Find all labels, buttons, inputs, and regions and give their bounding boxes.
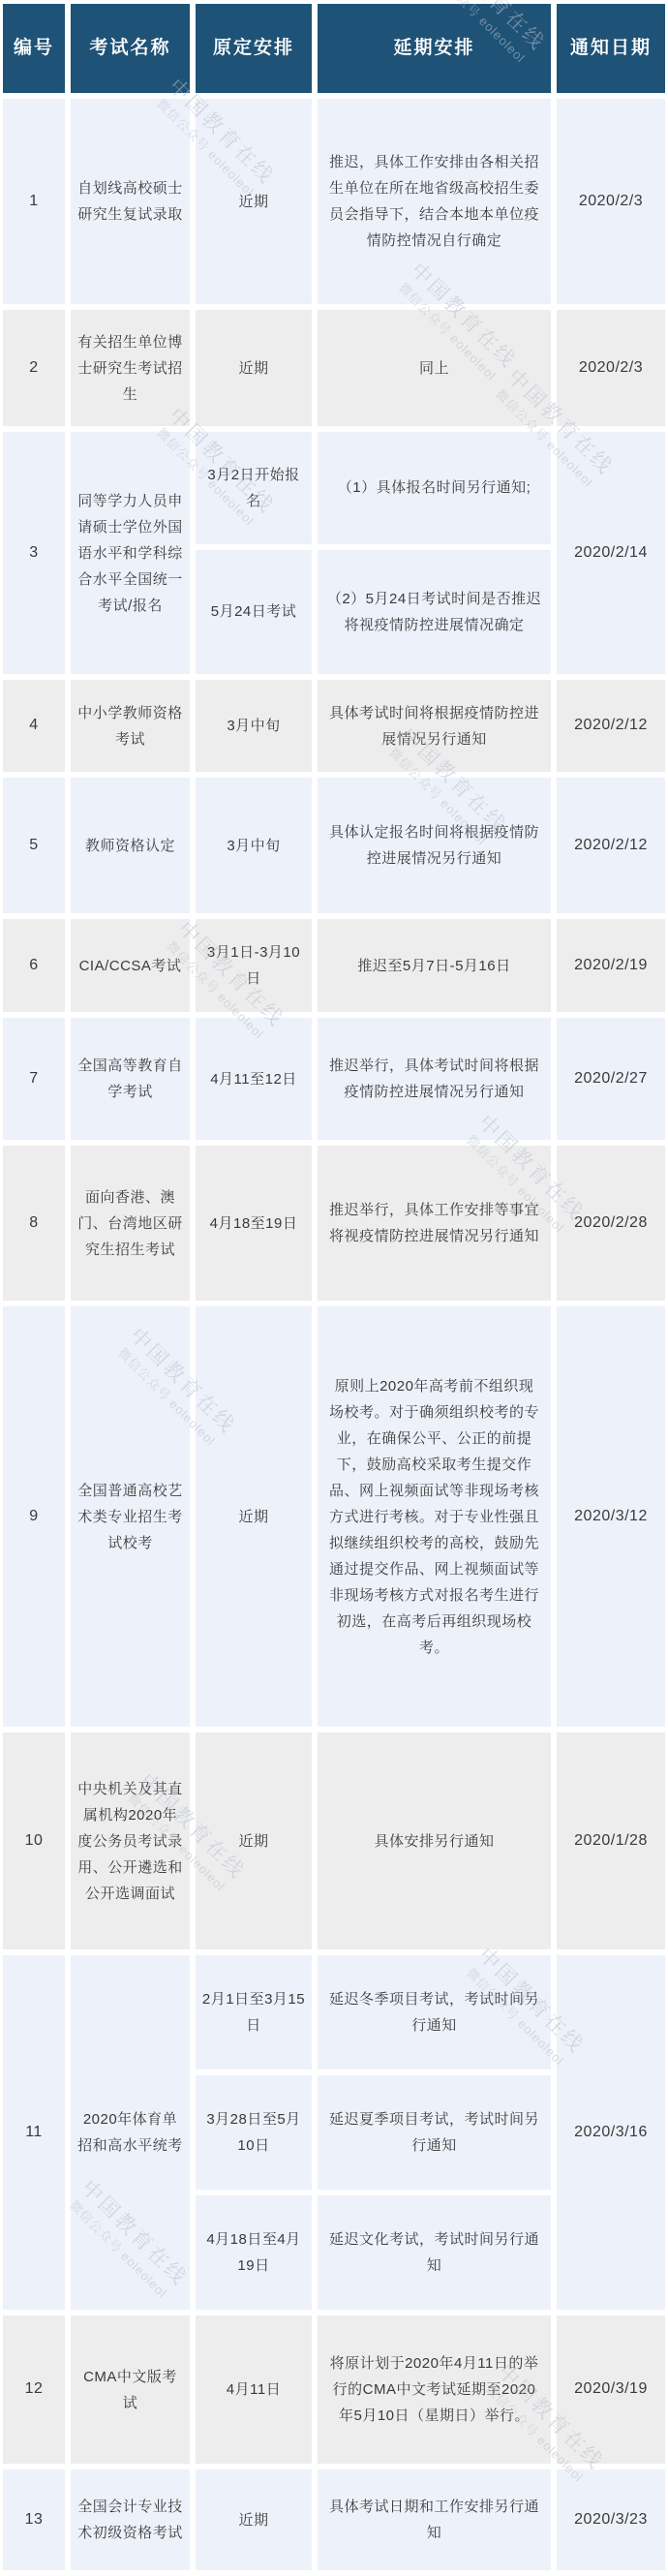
table-row: 8 面向香港、澳门、台湾地区研究生招生考试 4月18至19日 推迟举行，具体工作… — [3, 1146, 665, 1301]
delay-arrangement: 延迟文化考试，考试时间另行通知 — [318, 2195, 551, 2310]
original-schedule: 3月中旬 — [196, 680, 312, 772]
delay-arrangement: 推迟举行，具体工作安排等事宜将视疫情防控进展情况另行通知 — [318, 1146, 551, 1301]
original-schedule: 近期 — [196, 1733, 312, 1949]
original-schedule: 近期 — [196, 310, 312, 426]
exam-name: 全国高等教育自学考试 — [71, 1018, 190, 1140]
table-row: 10 中央机关及其直属机构2020年度公务员考试录用、公开遴选和公开选调面试 近… — [3, 1733, 665, 1949]
notice-date: 2020/3/23 — [557, 2469, 665, 2570]
original-schedule: 5月24日考试 — [196, 550, 312, 674]
notice-date: 2020/2/12 — [557, 680, 665, 772]
original-schedule-stack: 2月1日至3月15日 3月28日至5月10日 4月18日至4月19日 — [196, 1955, 312, 2310]
table-row: 13 全国会计专业技术初级资格考试 近期 具体考试日期和工作安排另行通知 202… — [3, 2469, 665, 2570]
exam-name: 中央机关及其直属机构2020年度公务员考试录用、公开遴选和公开选调面试 — [71, 1733, 190, 1949]
table-row: 6 CIA/CCSA考试 3月1日-3月10日 推迟至5月7日-5月16日 20… — [3, 919, 665, 1012]
table-row: 12 CMA中文版考试 4月11日 将原计划于2020年4月11日的举行的CMA… — [3, 2315, 665, 2464]
header-number: 编号 — [3, 4, 65, 93]
exam-name: CIA/CCSA考试 — [71, 919, 190, 1012]
notice-date: 2020/3/19 — [557, 2315, 665, 2464]
row-number: 11 — [3, 1955, 65, 2310]
exam-name: 全国会计专业技术初级资格考试 — [71, 2469, 190, 2570]
row-number: 3 — [3, 432, 65, 674]
table-row: 2 有关招生单位博士研究生考试招生 近期 同上 2020/2/3 — [3, 310, 665, 426]
notice-date: 2020/2/14 — [557, 432, 665, 674]
delay-arrangement-stack: （1）具体报名时间另行通知; （2）5月24日考试时间是否推迟将视疫情防控进展情… — [318, 432, 551, 674]
exam-postponement-table: 编号 考试名称 原定安排 延期安排 通知日期 1 自划线高校硕士研究生复试录取 … — [0, 0, 668, 2576]
original-schedule: 2月1日至3月15日 — [196, 1955, 312, 2070]
original-schedule: 近期 — [196, 99, 312, 304]
original-schedule: 4月11日 — [196, 2315, 312, 2464]
row-number: 1 — [3, 99, 65, 304]
row-number: 12 — [3, 2315, 65, 2464]
table-row: 3 同等学力人员申请硕士学位外国语水平和学科综合水平全国统一考试/报名 3月2日… — [3, 432, 665, 674]
row-number: 4 — [3, 680, 65, 772]
notice-date: 2020/2/19 — [557, 919, 665, 1012]
table-row: 7 全国高等教育自学考试 4月11至12日 推迟举行，具体考试时间将根据疫情防控… — [3, 1018, 665, 1140]
delay-arrangement: （2）5月24日考试时间是否推迟将视疫情防控进展情况确定 — [318, 550, 551, 674]
delay-arrangement: 具体认定报名时间将根据疫情防控进展情况另行通知 — [318, 778, 551, 913]
header-delay-arrangement: 延期安排 — [318, 4, 551, 93]
row-number: 5 — [3, 778, 65, 913]
notice-date: 2020/2/3 — [557, 310, 665, 426]
notice-date: 2020/2/27 — [557, 1018, 665, 1140]
delay-arrangement: 推迟至5月7日-5月16日 — [318, 919, 551, 1012]
row-number: 8 — [3, 1146, 65, 1301]
table-row: 11 2020年体育单招和高水平统考 2月1日至3月15日 3月28日至5月10… — [3, 1955, 665, 2310]
table-row: 1 自划线高校硕士研究生复试录取 近期 推迟，具体工作安排由各相关招生单位在所在… — [3, 99, 665, 304]
notice-date: 2020/2/28 — [557, 1146, 665, 1301]
delay-arrangement: （1）具体报名时间另行通知; — [318, 432, 551, 544]
delay-arrangement-stack: 延迟冬季项目考试，考试时间另行通知 延迟夏季项目考试，考试时间另行通知 延迟文化… — [318, 1955, 551, 2310]
exam-name: 有关招生单位博士研究生考试招生 — [71, 310, 190, 426]
original-schedule: 4月11至12日 — [196, 1018, 312, 1140]
original-schedule: 3月2日开始报名 — [196, 432, 312, 544]
delay-arrangement: 延迟夏季项目考试，考试时间另行通知 — [318, 2075, 551, 2190]
header-original-schedule: 原定安排 — [196, 4, 312, 93]
delay-arrangement: 原则上2020年高考前不组织现场校考。对于确须组织校考的专业，在确保公平、公正的… — [318, 1306, 551, 1727]
notice-date: 2020/3/16 — [557, 1955, 665, 2310]
original-schedule: 近期 — [196, 1306, 312, 1727]
original-schedule: 3月中旬 — [196, 778, 312, 913]
table-row: 5 教师资格认定 3月中旬 具体认定报名时间将根据疫情防控进展情况另行通知 20… — [3, 778, 665, 913]
delay-arrangement: 推迟举行，具体考试时间将根据疫情防控进展情况另行通知 — [318, 1018, 551, 1140]
exam-name: 自划线高校硕士研究生复试录取 — [71, 99, 190, 304]
exam-name: 全国普通高校艺术类专业招生考试校考 — [71, 1306, 190, 1727]
exam-name: 中小学教师资格考试 — [71, 680, 190, 772]
notice-date: 2020/3/12 — [557, 1306, 665, 1727]
table-row: 9 全国普通高校艺术类专业招生考试校考 近期 原则上2020年高考前不组织现场校… — [3, 1306, 665, 1727]
original-schedule-stack: 3月2日开始报名 5月24日考试 — [196, 432, 312, 674]
delay-arrangement: 具体安排另行通知 — [318, 1733, 551, 1949]
delay-arrangement: 延迟冬季项目考试，考试时间另行通知 — [318, 1955, 551, 2070]
row-number: 9 — [3, 1306, 65, 1727]
exam-name: CMA中文版考试 — [71, 2315, 190, 2464]
exam-name: 同等学力人员申请硕士学位外国语水平和学科综合水平全国统一考试/报名 — [71, 432, 190, 674]
table-header: 编号 考试名称 原定安排 延期安排 通知日期 — [3, 4, 665, 93]
original-schedule: 近期 — [196, 2469, 312, 2570]
header-exam-name: 考试名称 — [71, 4, 190, 93]
original-schedule: 3月1日-3月10日 — [196, 919, 312, 1012]
original-schedule: 4月18至19日 — [196, 1146, 312, 1301]
table-row: 4 中小学教师资格考试 3月中旬 具体考试时间将根据疫情防控进展情况另行通知 2… — [3, 680, 665, 772]
delay-arrangement: 推迟，具体工作安排由各相关招生单位在所在地省级高校招生委员会指导下，结合本地本单… — [318, 99, 551, 304]
row-number: 7 — [3, 1018, 65, 1140]
notice-date: 2020/2/12 — [557, 778, 665, 913]
exam-name: 面向香港、澳门、台湾地区研究生招生考试 — [71, 1146, 190, 1301]
header-notice-date: 通知日期 — [557, 4, 665, 93]
row-number: 2 — [3, 310, 65, 426]
notice-date: 2020/2/3 — [557, 99, 665, 304]
row-number: 13 — [3, 2469, 65, 2570]
delay-arrangement: 具体考试日期和工作安排另行通知 — [318, 2469, 551, 2570]
delay-arrangement: 将原计划于2020年4月11日的举行的CMA中文考试延期至2020年5月10日（… — [318, 2315, 551, 2464]
row-number: 6 — [3, 919, 65, 1012]
original-schedule: 3月28日至5月10日 — [196, 2075, 312, 2190]
delay-arrangement: 同上 — [318, 310, 551, 426]
row-number: 10 — [3, 1733, 65, 1949]
original-schedule: 4月18日至4月19日 — [196, 2195, 312, 2310]
exam-name: 2020年体育单招和高水平统考 — [71, 1955, 190, 2310]
delay-arrangement: 具体考试时间将根据疫情防控进展情况另行通知 — [318, 680, 551, 772]
notice-date: 2020/1/28 — [557, 1733, 665, 1949]
exam-name: 教师资格认定 — [71, 778, 190, 913]
